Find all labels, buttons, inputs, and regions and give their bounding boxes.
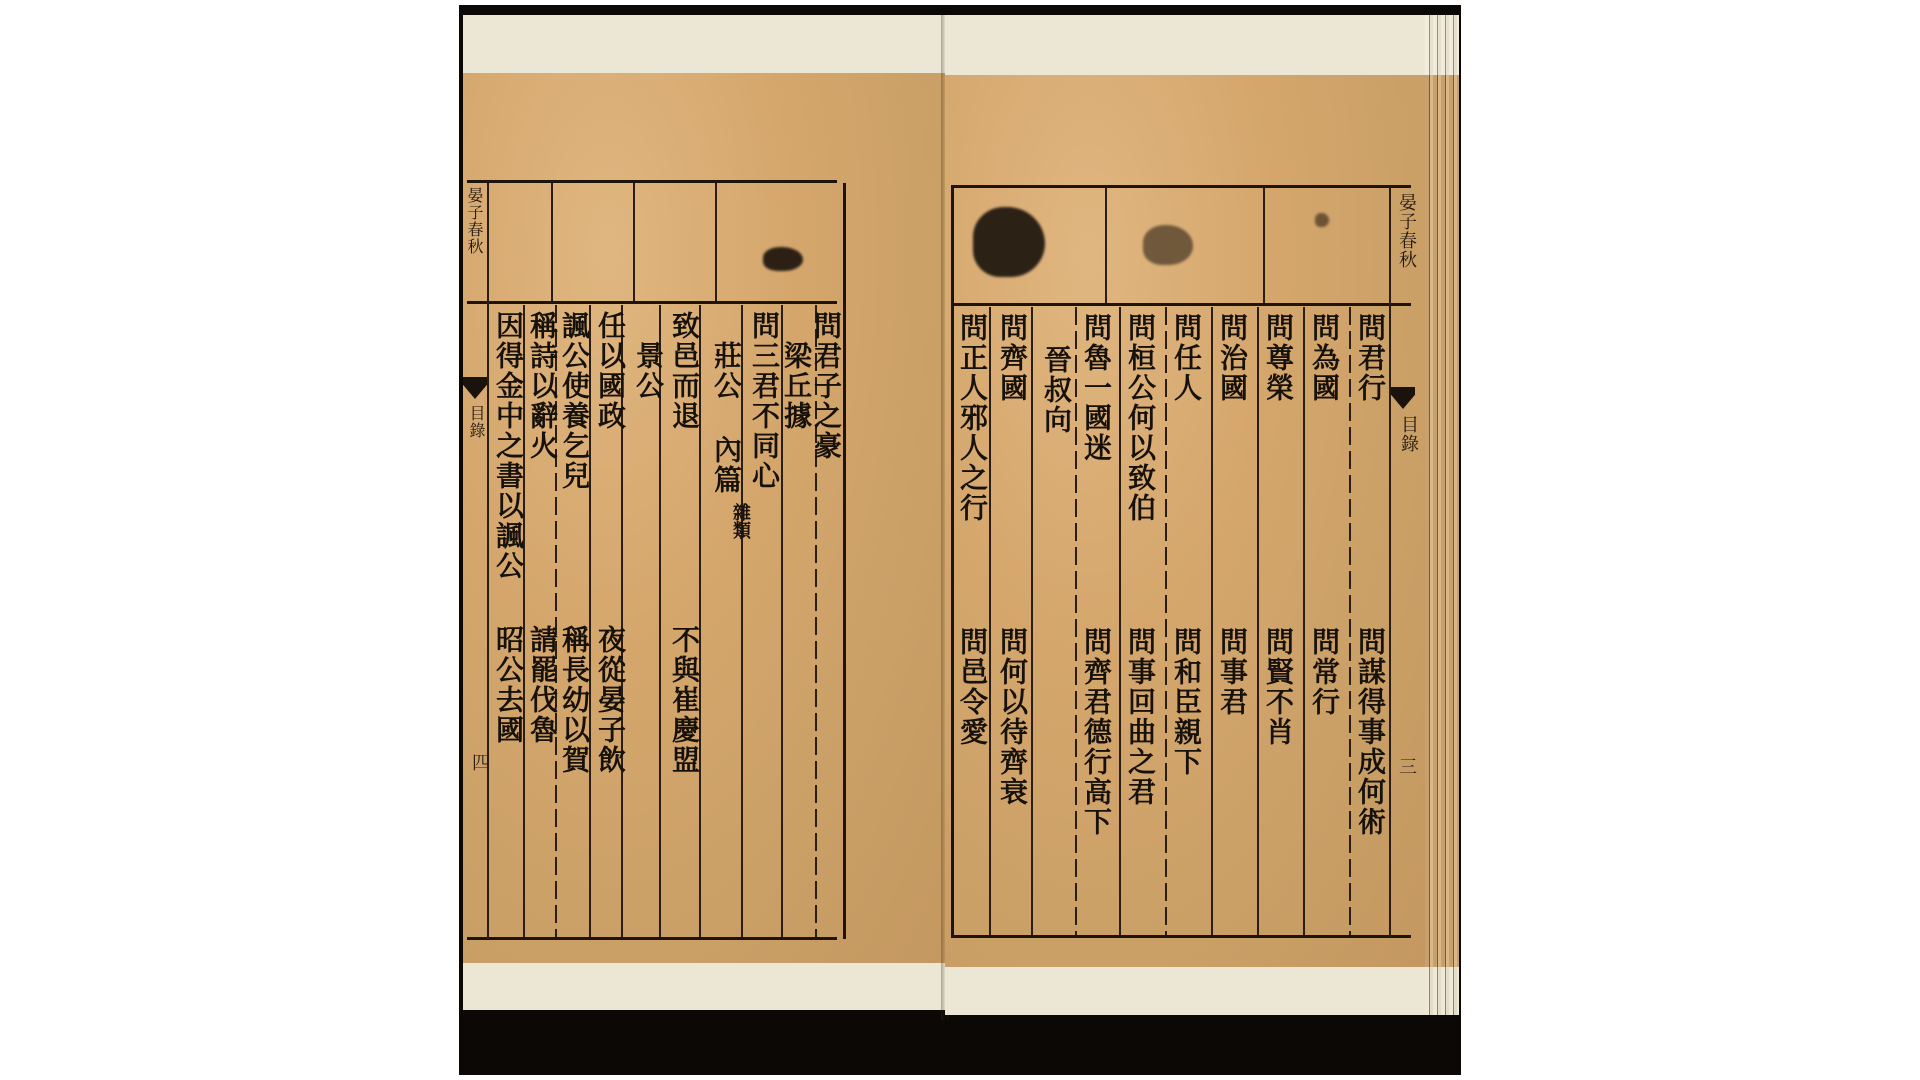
column-rule — [1165, 307, 1167, 935]
toc-entry: 問為國 — [1307, 313, 1341, 403]
toc-entry: 不與崔慶盟 — [667, 625, 701, 775]
toc-entry: 問尊榮 — [1261, 313, 1295, 403]
toc-entry: 問桓公何以致伯 — [1123, 313, 1157, 523]
left-page: 晏子春秋 目錄 四 問君子之豪 梁丘據 問三君不同心 莊公 內篇 雜類 致邑而退… — [463, 15, 947, 1015]
toc-entry: 問常行 — [1307, 627, 1341, 717]
header-divider — [1263, 187, 1265, 303]
toc-entry: 問何以待齊衰 — [995, 627, 1029, 807]
bottom-margin-paper — [945, 967, 1425, 1015]
toc-entry: 任以國政 — [593, 311, 627, 431]
banxin-line — [1389, 187, 1391, 937]
toc-entry: 因得金中之書以諷公 — [491, 311, 525, 581]
toc-entry: 諷公使養乞兒 — [557, 311, 591, 491]
toc-heading: 晉叔向 — [1039, 345, 1073, 435]
page-body-paper — [463, 73, 947, 965]
column-rule — [1257, 307, 1259, 935]
toc-entry: 問正人邪人之行 — [955, 313, 989, 523]
column-rule — [1211, 307, 1213, 935]
page-number: 四 — [466, 753, 492, 771]
book-scan: 晏子春秋 目錄 四 問君子之豪 梁丘據 問三君不同心 莊公 內篇 雜類 致邑而退… — [459, 5, 1461, 1075]
ink-blot — [1315, 213, 1329, 227]
banxin-title: 晏子春秋 — [463, 187, 486, 255]
right-page: 晏子春秋 目錄 三 問君行 問謀得事成何術 問為國 問常行 問尊榮 問賢不肖 問… — [945, 15, 1425, 1020]
ink-blot — [973, 207, 1045, 277]
toc-entry: 夜從晏子飲 — [593, 625, 627, 775]
top-margin-paper — [463, 15, 947, 77]
toc-entry: 致邑而退 — [667, 311, 701, 431]
column-rule — [1349, 307, 1351, 935]
frame-left-line — [951, 187, 954, 937]
toc-entry: 請罷伐魯 — [525, 625, 559, 745]
toc-entry: 問邑令愛 — [955, 627, 989, 747]
header-divider — [1105, 187, 1107, 303]
toc-heading: 景公 — [631, 341, 665, 401]
toc-entry: 稱長幼以賀 — [557, 625, 591, 775]
toc-entry: 問魯一國迷 — [1079, 313, 1113, 463]
toc-subheading: 內篇 — [709, 435, 743, 495]
banxin-section: 目錄 — [465, 405, 488, 439]
toc-entry: 稱詩以辭火 — [525, 311, 559, 461]
register-divider-line — [467, 301, 837, 304]
ink-blot — [1143, 225, 1193, 265]
toc-entry: 問謀得事成何術 — [1353, 627, 1387, 837]
column-rule — [1031, 307, 1033, 935]
frame-bottom-line — [467, 937, 837, 940]
toc-entry: 問和臣親下 — [1169, 627, 1203, 777]
page-edges-stack — [1425, 15, 1459, 1015]
toc-entry: 問三君不同心 — [747, 311, 781, 491]
banxin-line — [487, 183, 489, 939]
bottom-margin-paper — [463, 963, 947, 1010]
toc-entry: 昭公去國 — [491, 625, 525, 745]
page-number: 三 — [1393, 757, 1419, 775]
toc-entry: 問齊國 — [995, 313, 1029, 403]
toc-entry: 問事回曲之君 — [1123, 627, 1157, 807]
frame-top-line — [951, 185, 1411, 188]
header-divider — [551, 183, 553, 301]
ink-blot — [763, 247, 803, 271]
toc-entry: 問事君 — [1215, 627, 1249, 717]
toc-entry: 問賢不肖 — [1261, 627, 1295, 747]
frame-bottom-line — [951, 935, 1411, 938]
header-divider — [715, 183, 717, 301]
toc-note: 雜類 — [729, 503, 751, 539]
frame-right-line — [843, 183, 846, 939]
toc-entry: 問齊君德行高下 — [1079, 627, 1113, 837]
column-rule — [1119, 307, 1121, 935]
top-margin-paper — [945, 15, 1425, 79]
toc-entry: 問君行 — [1353, 313, 1387, 403]
toc-heading: 梁丘據 — [779, 341, 813, 431]
frame-top-line — [467, 180, 837, 183]
toc-heading: 莊公 — [709, 341, 743, 401]
toc-entry: 問君子之豪 — [809, 311, 843, 461]
header-divider — [633, 183, 635, 301]
banxin-title: 晏子春秋 — [1393, 193, 1419, 269]
column-rule — [989, 307, 991, 935]
toc-entry: 問治國 — [1215, 313, 1249, 403]
register-divider-line — [951, 303, 1411, 306]
toc-entry: 問任人 — [1169, 313, 1203, 403]
column-rule — [1075, 307, 1077, 935]
banxin-section: 目錄 — [1395, 415, 1421, 453]
column-rule — [1303, 307, 1305, 935]
